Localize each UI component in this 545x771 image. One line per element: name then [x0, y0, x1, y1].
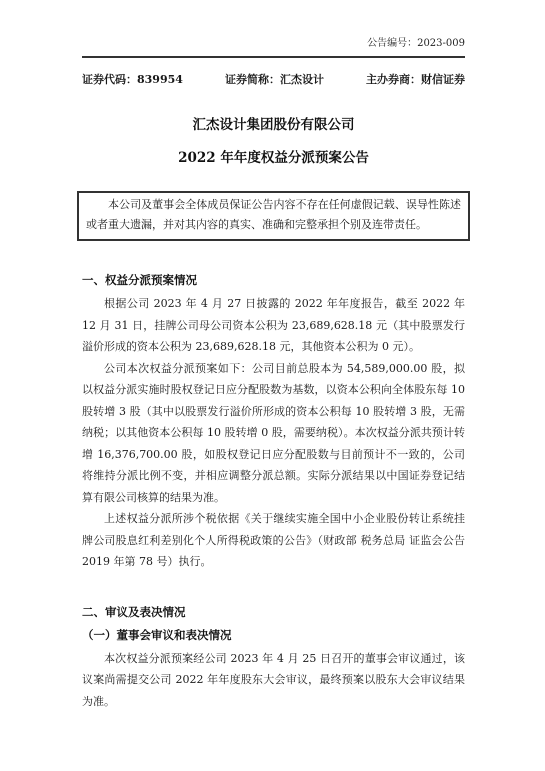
announcement-document: 公告编号：2023-009 证券代码：839954 证券简称：汇杰设计 主办券商… — [0, 0, 545, 771]
section1-paragraph-2: 公司本次权益分派预案如下：公司目前总股本为 54,589,000.00 股，拟以… — [82, 358, 465, 509]
announcement-number: 公告编号：2023-009 — [82, 38, 465, 56]
section1-heading: 一、权益分派预案情况 — [82, 273, 465, 288]
section1-paragraph-1: 根据公司 2023 年 4 月 27 日披露的 2022 年年度报告，截至 20… — [82, 293, 465, 358]
securities-code: 证券代码：839954 — [82, 73, 183, 87]
section2-paragraph-1: 本次权益分派预案经公司 2023 年 4 月 25 日召开的董事会审议通过，该议… — [82, 648, 465, 713]
sponsor-broker: 主办券商：财信证券 — [366, 73, 465, 87]
securities-name: 证券简称：汇杰设计 — [225, 73, 324, 87]
securities-header-row: 证券代码：839954 证券简称：汇杰设计 主办券商：财信证券 — [82, 73, 465, 87]
disclaimer-box: 本公司及董事会全体成员保证公告内容不存在任何虚假记载、误导性陈述或者重大遗漏，并… — [77, 191, 470, 241]
section2-sub-heading: （一）董事会审议和表决情况 — [82, 628, 465, 643]
section2-heading: 二、审议及表决情况 — [82, 605, 465, 620]
section1-paragraph-3: 上述权益分派所涉个税依据《关于继续实施全国中小企业股份转让系统挂牌公司股息红利差… — [82, 508, 465, 573]
company-title: 汇杰设计集团股份有限公司 — [82, 117, 465, 133]
announcement-subtitle: 2022 年年度权益分派预案公告 — [82, 150, 465, 166]
header-divider — [82, 56, 465, 58]
